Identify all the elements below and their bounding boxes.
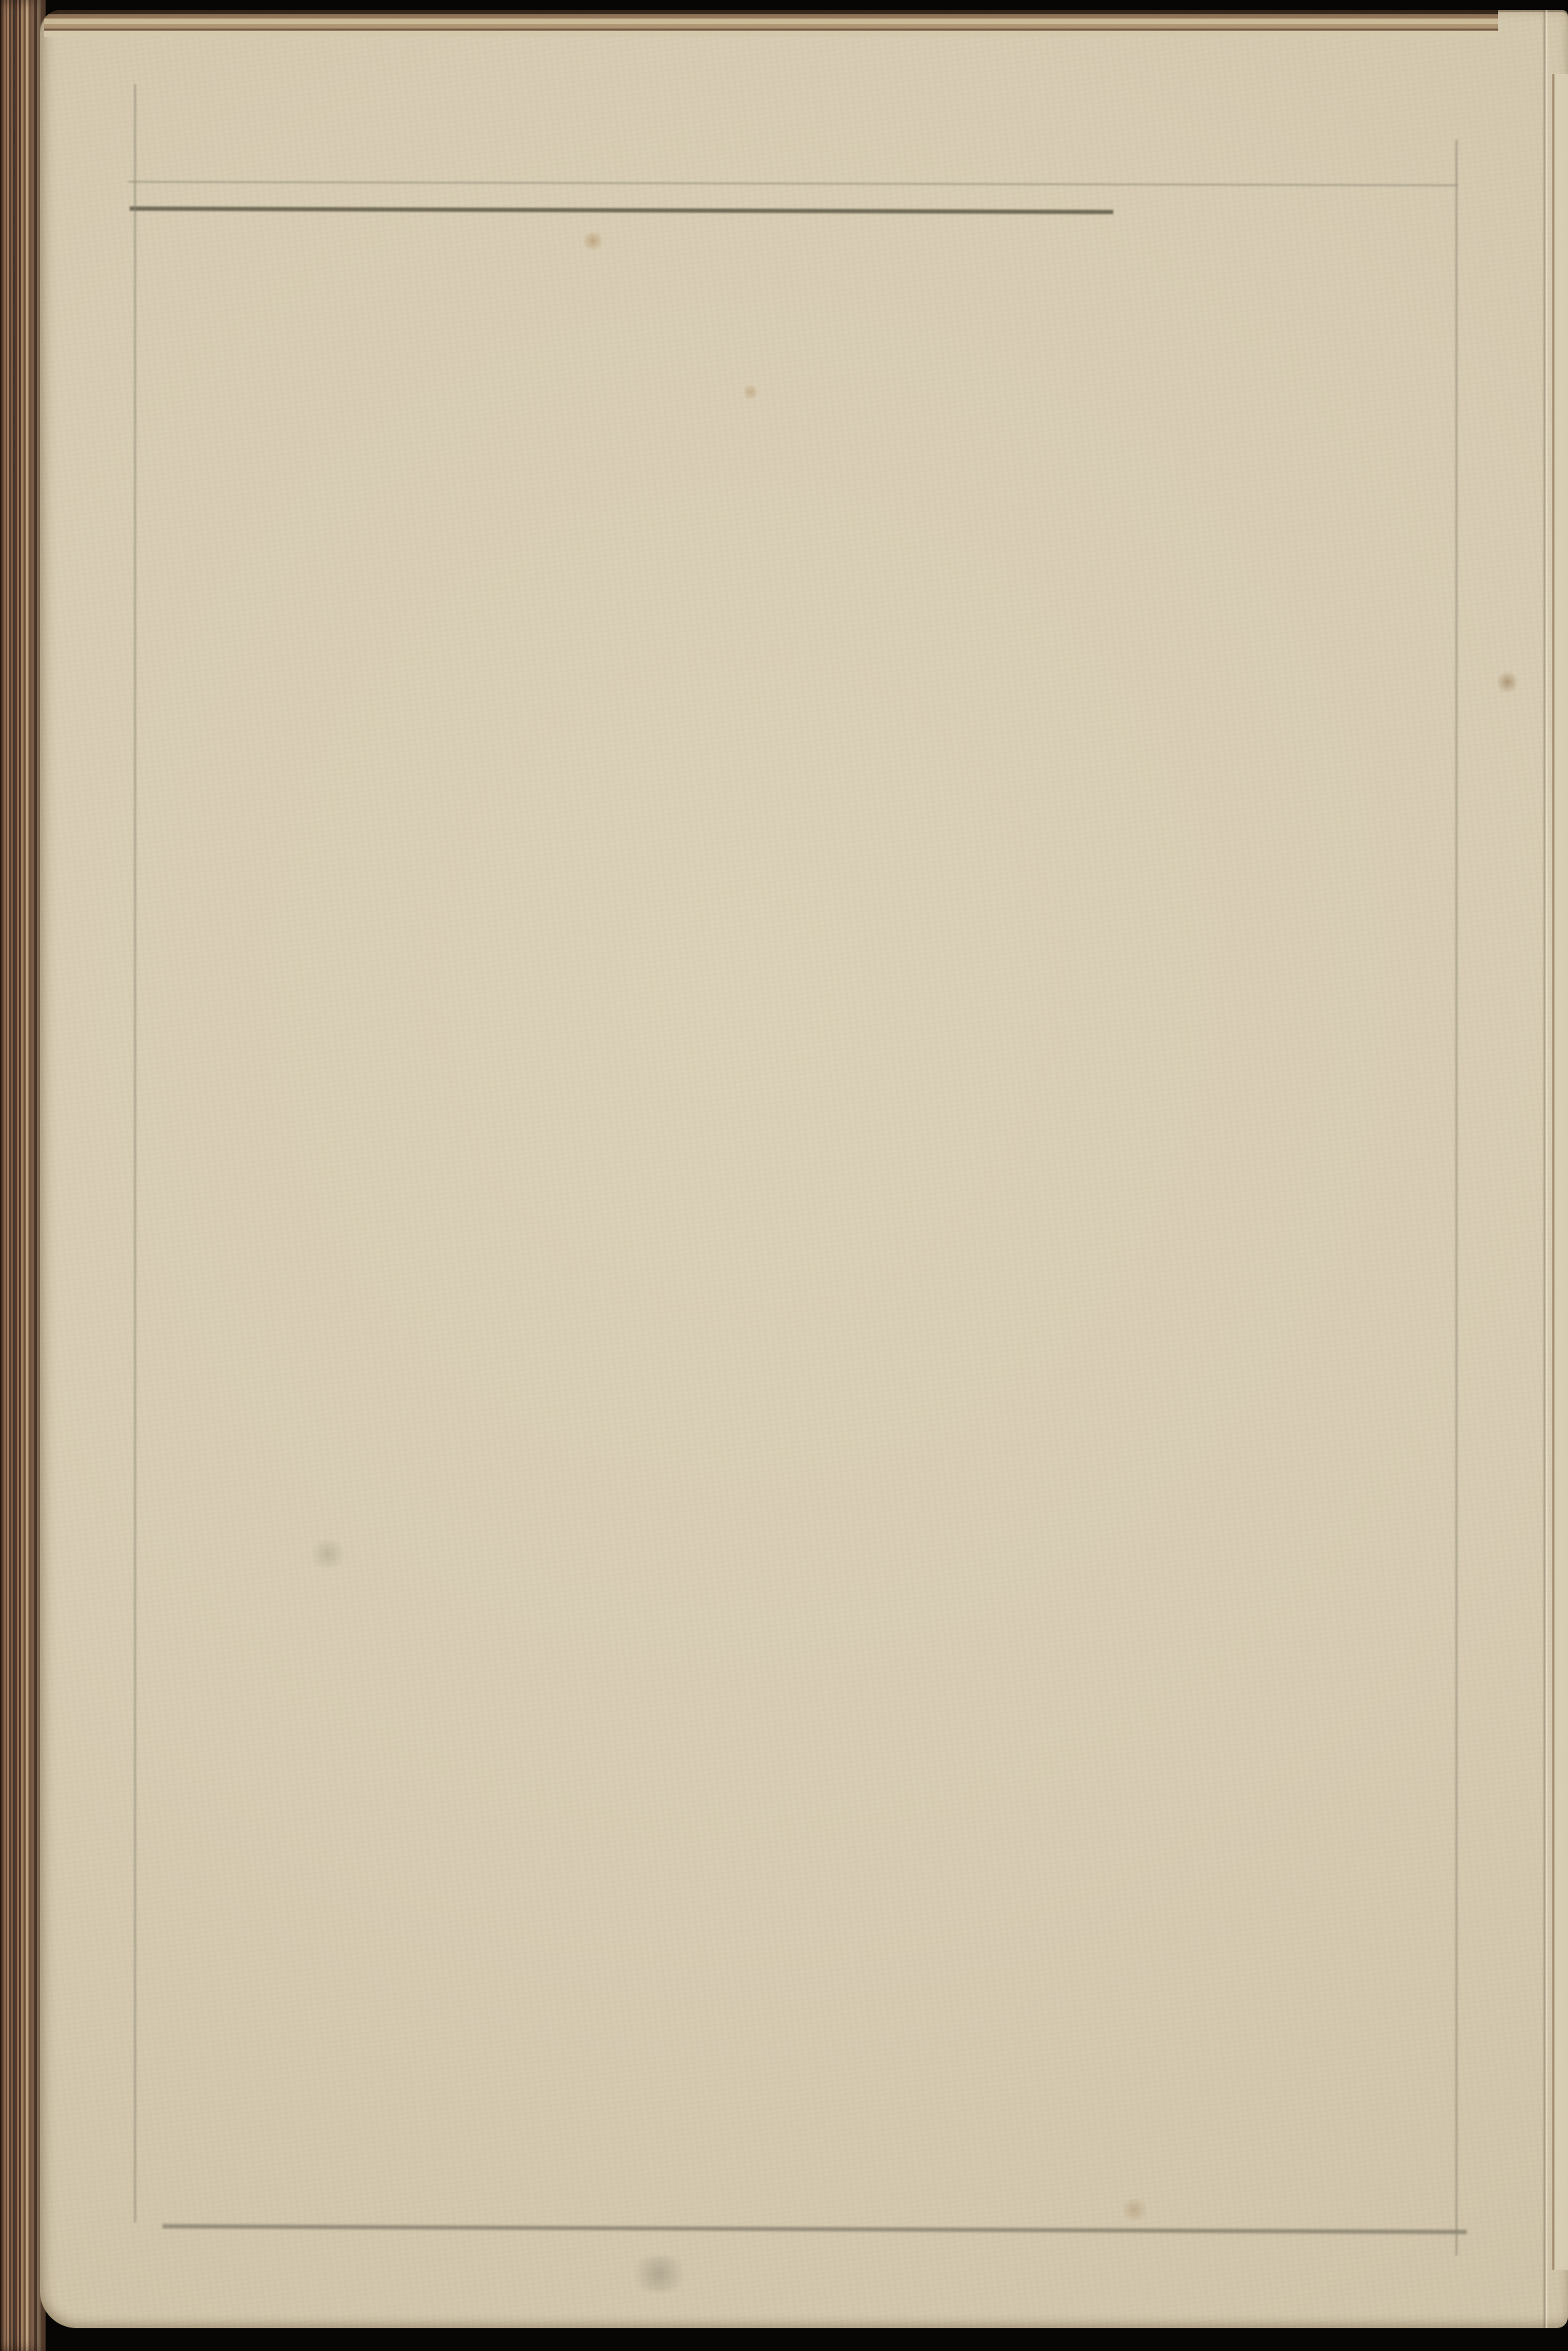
manuscript-page bbox=[40, 10, 1568, 2328]
fold-crease bbox=[1542, 10, 1548, 2328]
pencil-rule-left-margin bbox=[134, 84, 136, 2223]
book-spread-scan: Masse gegossen, polychromirt. Dieselbe w… bbox=[0, 0, 1568, 2351]
paper-grain-texture bbox=[40, 10, 1568, 2328]
under-page-edge-right bbox=[1552, 74, 1568, 2270]
pencil-rule-right-margin bbox=[1455, 140, 1458, 2255]
book-gutter-page-edges bbox=[0, 0, 46, 2351]
top-page-edges bbox=[44, 10, 1498, 37]
